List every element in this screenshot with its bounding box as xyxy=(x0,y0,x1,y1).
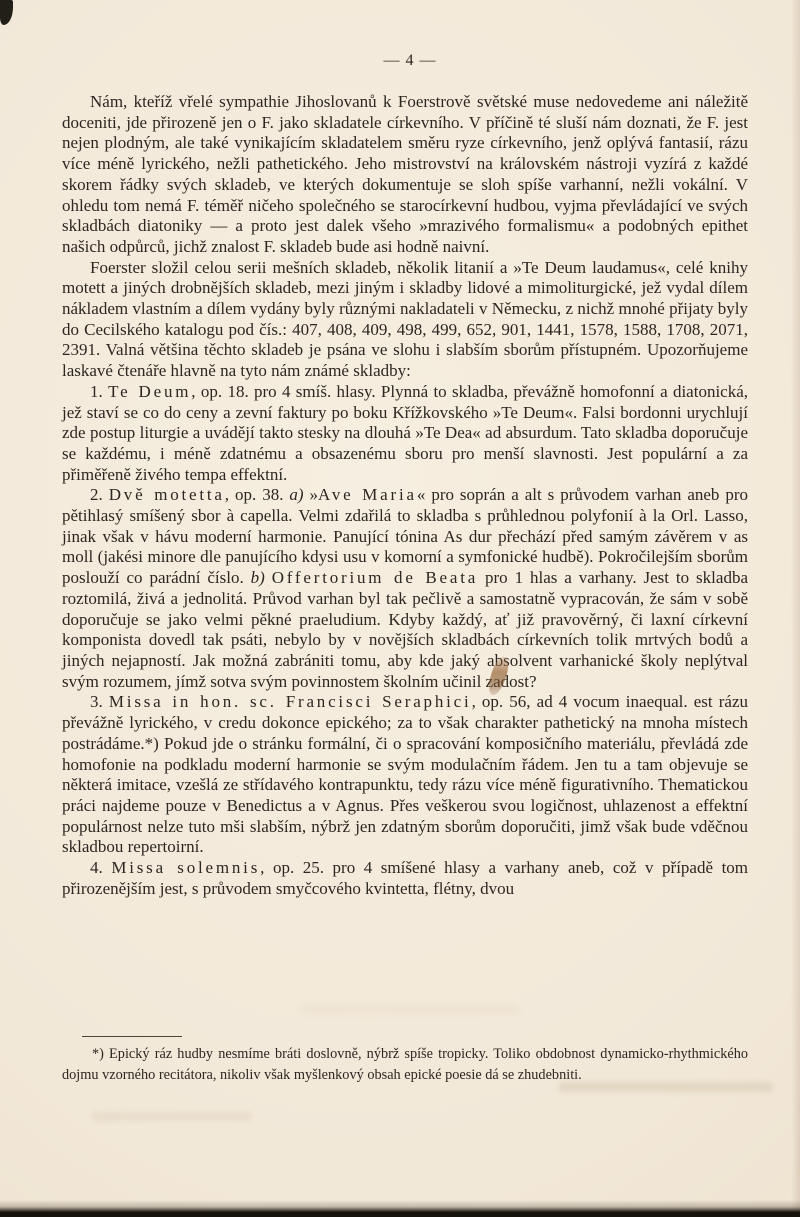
page-showthrough xyxy=(300,1005,520,1014)
body-paragraph: Foerster složil celou serii mešních skla… xyxy=(62,258,748,382)
scan-right-edge-shadow xyxy=(791,0,800,1217)
footnote-text: *) Epický ráz hudby nesmíme bráti doslov… xyxy=(62,1044,748,1086)
body-paragraph: *) Epický ráz hudby nesmíme bráti doslov… xyxy=(62,1044,748,1086)
body-paragraph: 3. Missa in hon. sc. Francisci Seraphici… xyxy=(62,692,748,858)
page-number: — 4 — xyxy=(20,52,800,70)
body-paragraph: 4. Missa solemnis, op. 25. pro 4 smíšené… xyxy=(62,858,748,899)
scan-bottom-edge xyxy=(0,1200,800,1217)
page-showthrough xyxy=(558,1082,773,1092)
page-showthrough xyxy=(92,1112,252,1121)
body-paragraph: Nám, kteříž vřelé sympathie Jihoslovanů … xyxy=(62,92,748,258)
footnote-separator xyxy=(82,1036,182,1037)
text-body: Nám, kteříž vřelé sympathie Jihoslovanů … xyxy=(62,92,748,899)
scanned-book-page: — 4 — Nám, kteříž vřelé sympathie Jihosl… xyxy=(0,0,800,1217)
footnote: *) Epický ráz hudby nesmíme bráti doslov… xyxy=(62,1036,748,1086)
scan-corner-artifact xyxy=(0,0,13,25)
body-paragraph: 1. Te Deum, op. 18. pro 4 smíš. hlasy. P… xyxy=(62,382,748,486)
body-paragraph: 2. Dvě motetta, op. 38. a) »Ave Maria« p… xyxy=(62,485,748,692)
